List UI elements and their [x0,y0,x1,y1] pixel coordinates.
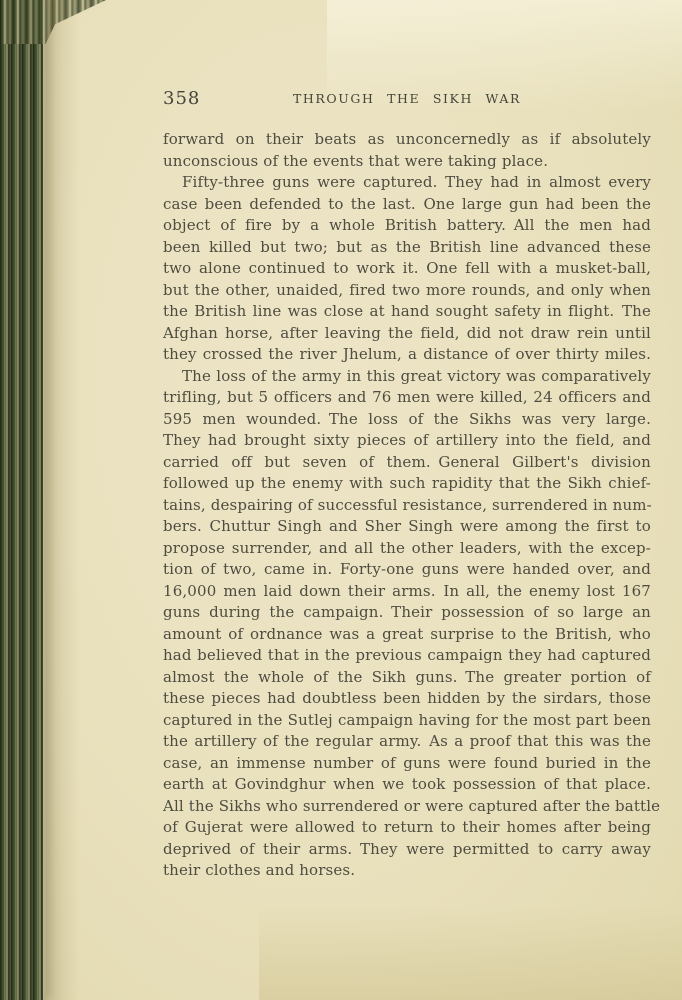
text-line: two alone continued to work it. One fell… [163,258,651,280]
book-binding-edge [0,0,46,1000]
page-text: forward on their beats as unconcernedly … [163,129,651,882]
text-line: almost the whole of the Sikh guns. The g… [163,667,651,689]
text-line: earth at Govindghur when we took possess… [163,774,651,796]
book-page: 358 THROUGH THE SIKH WAR forward on thei… [0,0,682,1000]
gutter-shadow [46,0,80,1000]
text-line: the artillery of the regular army. As a … [163,731,651,753]
text-line: propose surrender, and all the other lea… [163,538,651,560]
text-line: deprived of their arms. They were permit… [163,839,651,861]
text-line: Fifty-three guns were captured. They had… [163,172,651,194]
text-line: their clothes and horses. [163,860,651,882]
page-header: 358 THROUGH THE SIKH WAR [163,88,651,108]
text-line: All the Sikhs who surrendered or were ca… [163,796,651,818]
text-line: 595 men wounded. The loss of the Sikhs w… [163,409,651,431]
text-line: trifling, but 5 officers and 76 men were… [163,387,651,409]
text-line: followed up the enemy with such rapidity… [163,473,651,495]
text-line: tion of two, came in. Forty-one guns wer… [163,559,651,581]
paper-texture-top [327,0,682,130]
text-line: carried off but seven of them. General G… [163,452,651,474]
paper-texture-bottom [259,905,682,1000]
text-line: they crossed the river Jhelum, a distanc… [163,344,651,366]
text-line: 16,000 men laid down their arms. In all,… [163,581,651,603]
text-line: bers. Chuttur Singh and Sher Singh were … [163,516,651,538]
text-line: case, an immense number of guns were fou… [163,753,651,775]
text-line: tains, despairing of successful resistan… [163,495,651,517]
text-line: They had brought sixty pieces of artille… [163,430,651,452]
text-line: Afghan horse, after leaving the field, d… [163,323,651,345]
running-head: THROUGH THE SIKH WAR [163,91,651,106]
text-line: but the other, unaided, fired two more r… [163,280,651,302]
text-line: The loss of the army in this great victo… [163,366,651,388]
text-line: been killed but two; but as the British … [163,237,651,259]
text-line: captured in the Sutlej campaign having f… [163,710,651,732]
text-line: case been defended to the last. One larg… [163,194,651,216]
text-line: these pieces had doubtless been hidden b… [163,688,651,710]
text-line: object of fire by a whole British batter… [163,215,651,237]
text-line: amount of ordnance was a great surprise … [163,624,651,646]
text-line: unconscious of the events that were taki… [163,151,651,173]
text-line: the British line was close at hand sough… [163,301,651,323]
text-line: forward on their beats as unconcernedly … [163,129,651,151]
text-line: had believed that in the previous campai… [163,645,651,667]
text-line: guns during the campaign. Their possessi… [163,602,651,624]
text-line: of Gujerat were allowed to return to the… [163,817,651,839]
